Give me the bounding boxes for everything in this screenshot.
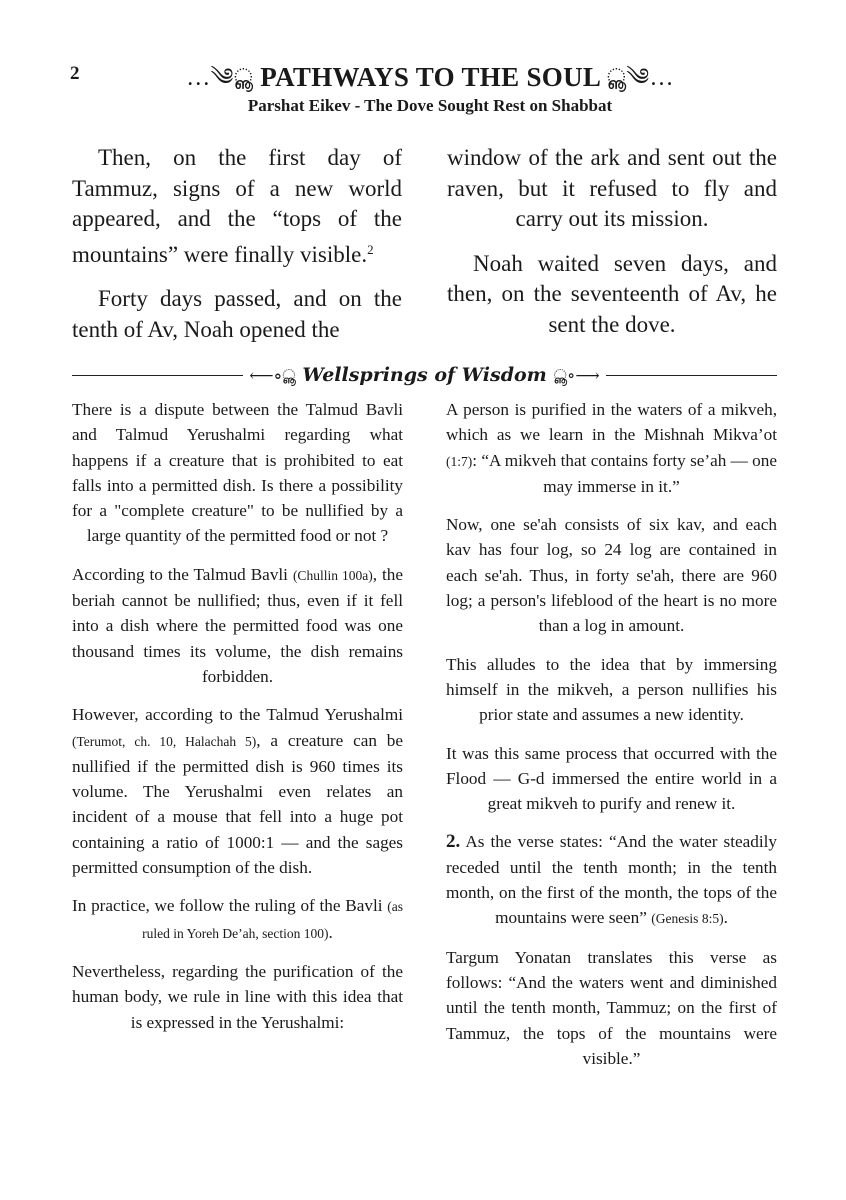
paragraph: Forty days passed, and on the tenth of A… [72, 284, 402, 345]
paragraph-text: Then, on the first day of Tammuz, signs … [72, 145, 402, 267]
citation: (Genesis 8:5) [651, 911, 723, 926]
paragraph: Noah waited seven days, and then, on the… [447, 249, 777, 341]
paragraph-text: : “A mikveh that contains forty se’ah — … [472, 451, 777, 496]
paragraph-text: . [724, 908, 728, 927]
wellsprings-left-column: There is a dispute between the Talmud Ba… [72, 397, 403, 1084]
paragraph: It was this same process that occurred w… [446, 741, 777, 817]
citation: (Chullin 100a) [293, 568, 373, 583]
footnote: 2. As the verse states: “And the water s… [446, 829, 777, 931]
paragraph-text: In practice, we follow the ruling of the… [72, 896, 387, 915]
main-left-column: Then, on the first day of Tammuz, signs … [72, 143, 402, 359]
page-subtitle: Parshat Eikev - The Dove Sought Rest on … [120, 96, 740, 116]
paragraph: Now, one se'ah consists of six kav, and … [446, 512, 777, 638]
divider-line [72, 375, 243, 376]
wellsprings-section: There is a dispute between the Talmud Ba… [72, 397, 777, 1084]
footnote-ref[interactable]: 2 [367, 242, 374, 257]
paragraph: window of the ark and sent out the raven… [447, 143, 777, 235]
ornament-left-icon: ⟵∘ൣ [249, 366, 295, 386]
section-title: ⟵∘ൣ Wellsprings of Wisdom ൣ∘⟶ [243, 364, 605, 386]
ornament-left-icon: …༄ൣ [186, 65, 253, 91]
paragraph: In practice, we follow the ruling of the… [72, 893, 403, 946]
paragraph-text: . [329, 923, 333, 942]
ornament-right-icon: ൣ༄… [607, 65, 674, 91]
paragraph-text: However, according to the Talmud Yerusha… [72, 705, 403, 724]
paragraph: This alludes to the idea that by immersi… [446, 652, 777, 728]
paragraph: A person is purified in the waters of a … [446, 397, 777, 499]
main-text: Then, on the first day of Tammuz, signs … [72, 143, 777, 359]
section-divider: ⟵∘ൣ Wellsprings of Wisdom ൣ∘⟶ [72, 360, 777, 390]
citation: (Terumot, ch. 10, Halachah 5) [72, 734, 256, 749]
footnote-number: 2. [446, 831, 460, 852]
ornament-right-icon: ൣ∘⟶ [553, 366, 599, 386]
page-number: 2 [70, 63, 80, 85]
main-right-column: window of the ark and sent out the raven… [447, 143, 777, 359]
paragraph: Targum Yonatan translates this verse as … [446, 945, 777, 1071]
divider-line [606, 375, 777, 376]
paragraph: There is a dispute between the Talmud Ba… [72, 397, 403, 549]
paragraph: According to the Talmud Bavli (Chullin 1… [72, 562, 403, 689]
paragraph: Then, on the first day of Tammuz, signs … [72, 143, 402, 270]
paragraph: However, according to the Talmud Yerusha… [72, 702, 403, 880]
publication-title: PATHWAYS TO THE SOUL [260, 62, 599, 92]
paragraph-text: A person is purified in the waters of a … [446, 400, 777, 444]
paragraph-text: , a creature can be nullified if the per… [72, 731, 403, 877]
paragraph: Nevertheless, regarding the purification… [72, 959, 403, 1035]
citation: (1:7) [446, 454, 472, 469]
wellsprings-right-column: A person is purified in the waters of a … [446, 397, 777, 1084]
paragraph-text: According to the Talmud Bavli [72, 565, 293, 584]
section-title-text: Wellsprings of Wisdom [302, 364, 546, 386]
